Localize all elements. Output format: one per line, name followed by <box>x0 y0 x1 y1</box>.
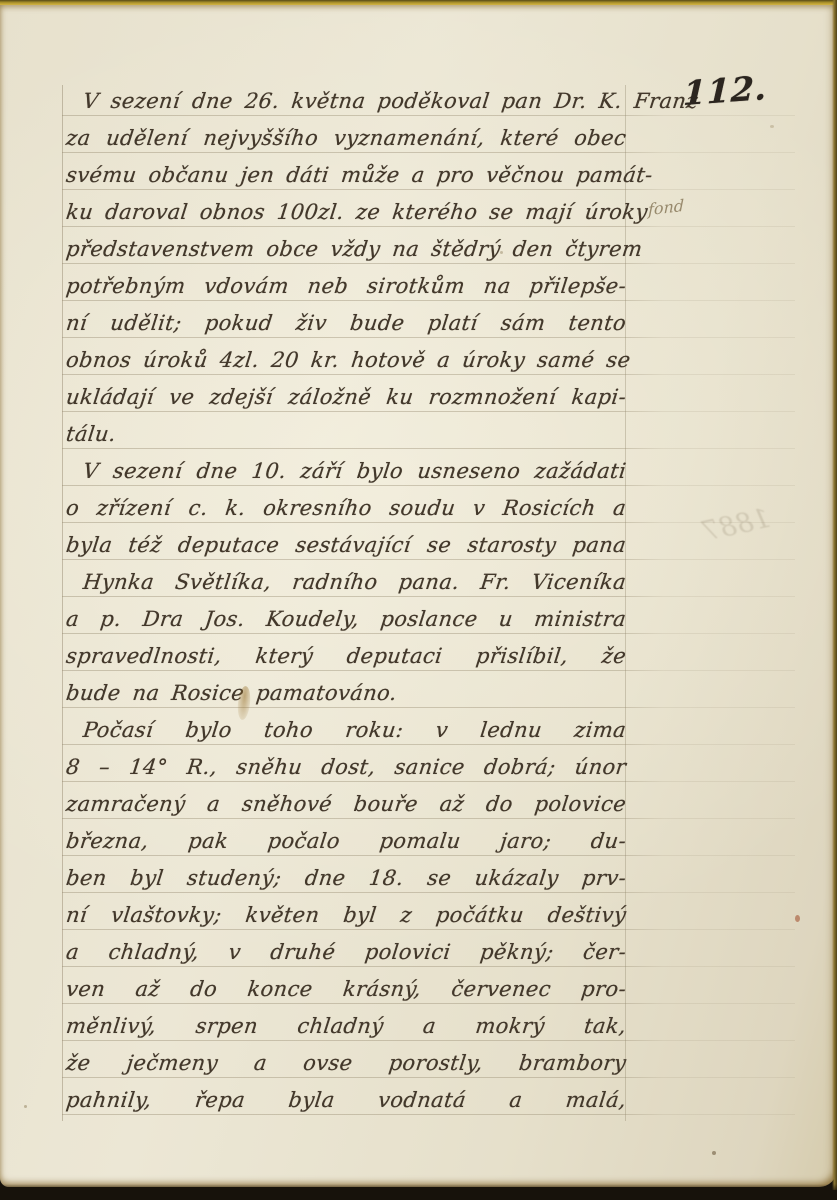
manuscript-line: o zřízení c. k. okresního soudu v Rosicí… <box>64 490 624 527</box>
manuscript-line-text: ven až do konce krásný, červenec pro- <box>64 971 628 1007</box>
manuscript-line: ku daroval obnos 100zl. ze kterého se ma… <box>64 194 624 231</box>
manuscript-line: ven až do konce krásný, červenec pro- <box>64 971 624 1008</box>
manuscript-line-text: V sezení dne 10. září bylo usneseno zažá… <box>64 453 628 489</box>
manuscript-line-text: Hynka Světlíka, radního pana. Fr. Vicení… <box>64 564 628 600</box>
manuscript-line-text: a chladný, v druhé polovici pěkný; čer- <box>64 934 628 970</box>
ink-bleedthrough: 1887 <box>700 503 774 548</box>
manuscript-line-text: března, pak počalo pomalu jaro; du- <box>64 823 628 859</box>
manuscript-line-text: zamračený a sněhové bouře až do polovice <box>64 786 628 822</box>
manuscript-line-text: ní udělit; pokud živ bude platí sám tent… <box>64 305 628 341</box>
speck <box>795 915 800 922</box>
page-number: 112. <box>682 68 768 113</box>
manuscript-line-text: 8 – 14° R., sněhu dost, sanice dobrá; ún… <box>64 749 628 785</box>
manuscript-line-text: měnlivý, srpen chladný a mokrý tak, <box>64 1008 628 1044</box>
manuscript-line: Hynka Světlíka, radního pana. Fr. Vicení… <box>64 564 624 601</box>
manuscript-line-text: o zřízení c. k. okresního soudu v Rosicí… <box>64 490 628 526</box>
manuscript-line: ní vlaštovky; květen byl z počátku dešti… <box>64 897 624 934</box>
manuscript-line: že ječmeny a ovse porostly, brambory <box>64 1045 624 1082</box>
manuscript-line-text: tálu. <box>64 416 628 452</box>
speck <box>770 125 774 128</box>
manuscript-line: března, pak počalo pomalu jaro; du- <box>64 823 624 860</box>
manuscript-line: bude na Rosice pamatováno. <box>64 675 624 712</box>
manuscript-line-text: Počasí bylo toho roku: v lednu zima <box>64 712 628 748</box>
speck <box>24 1105 27 1108</box>
manuscript-line: potřebným vdovám neb sirotkům na přilepš… <box>64 268 624 305</box>
margin-note-pencil: fond <box>648 196 684 220</box>
manuscript-paper: V sezení dne 26. května poděkoval pan Dr… <box>0 5 837 1187</box>
book-right-edge <box>832 0 837 1190</box>
manuscript-line: ben byl studený; dne 18. se ukázaly prv- <box>64 860 624 897</box>
manuscript-line-text: obnos úroků 4zl. 20 kr. hotově a úroky s… <box>64 342 628 378</box>
manuscript-line: zamračený a sněhové bouře až do polovice <box>64 786 624 823</box>
speck <box>712 1151 716 1155</box>
manuscript-line: ní udělit; pokud živ bude platí sám tent… <box>64 305 624 342</box>
manuscript-line-text: za udělení nejvyššího vyznamenání, které… <box>64 120 628 156</box>
manuscript-line-text: a p. Dra Jos. Koudely, poslance u minist… <box>64 601 628 637</box>
manuscript-line: svému občanu jen dáti může a pro věčnou … <box>64 157 624 194</box>
manuscript-line-text: ní vlaštovky; květen byl z počátku dešti… <box>64 897 628 933</box>
manuscript-line-text: spravedlnosti, který deputaci přislíbil,… <box>64 638 628 674</box>
manuscript-line: Počasí bylo toho roku: v lednu zima <box>64 712 624 749</box>
manuscript-line-text: představenstvem obce vždy na štědrý den … <box>64 231 628 267</box>
manuscript-line: V sezení dne 26. května poděkoval pan Dr… <box>64 83 624 120</box>
page-bottom-edge <box>0 1184 837 1200</box>
manuscript-line-text: ben byl studený; dne 18. se ukázaly prv- <box>64 860 628 896</box>
manuscript-line: byla též deputace sestávající se starost… <box>64 527 624 564</box>
manuscript-page-photo: V sezení dne 26. května poděkoval pan Dr… <box>0 0 837 1200</box>
manuscript-line: obnos úroků 4zl. 20 kr. hotově a úroky s… <box>64 342 624 379</box>
manuscript-line: za udělení nejvyššího vyznamenání, které… <box>64 120 624 157</box>
manuscript-line: tálu. <box>64 416 624 453</box>
manuscript-line: ukládají ve zdejší záložně ku rozmnožení… <box>64 379 624 416</box>
margin-line-left <box>62 85 63 1121</box>
manuscript-line-text: potřebným vdovám neb sirotkům na přilepš… <box>64 268 628 304</box>
manuscript-line: spravedlnosti, který deputaci přislíbil,… <box>64 638 624 675</box>
manuscript-line-text: svému občanu jen dáti může a pro věčnou … <box>64 157 628 193</box>
manuscript-line: měnlivý, srpen chladný a mokrý tak, <box>64 1008 624 1045</box>
manuscript-line-text: ku daroval obnos 100zl. ze kterého se ma… <box>64 194 628 230</box>
manuscript-line-text: že ječmeny a ovse porostly, brambory <box>64 1045 628 1081</box>
manuscript-line: a p. Dra Jos. Koudely, poslance u minist… <box>64 601 624 638</box>
manuscript-line-text: bude na Rosice pamatováno. <box>64 675 628 711</box>
manuscript-line-text: byla též deputace sestávající se starost… <box>64 527 628 563</box>
manuscript-line: představenstvem obce vždy na štědrý den … <box>64 231 624 268</box>
manuscript-line: a chladný, v druhé polovici pěkný; čer- <box>64 934 624 971</box>
speck <box>500 251 503 254</box>
manuscript-line-text: pahnily, řepa byla vodnatá a malá, <box>64 1082 628 1118</box>
manuscript-text-block: V sezení dne 26. května poděkoval pan Dr… <box>64 83 624 1119</box>
manuscript-line: pahnily, řepa byla vodnatá a malá, <box>64 1082 624 1119</box>
manuscript-line: 8 – 14° R., sněhu dost, sanice dobrá; ún… <box>64 749 624 786</box>
manuscript-line-text: V sezení dne 26. května poděkoval pan Dr… <box>64 83 628 119</box>
manuscript-line: V sezení dne 10. září bylo usneseno zažá… <box>64 453 624 490</box>
manuscript-line-text: ukládají ve zdejší záložně ku rozmnožení… <box>64 379 628 415</box>
